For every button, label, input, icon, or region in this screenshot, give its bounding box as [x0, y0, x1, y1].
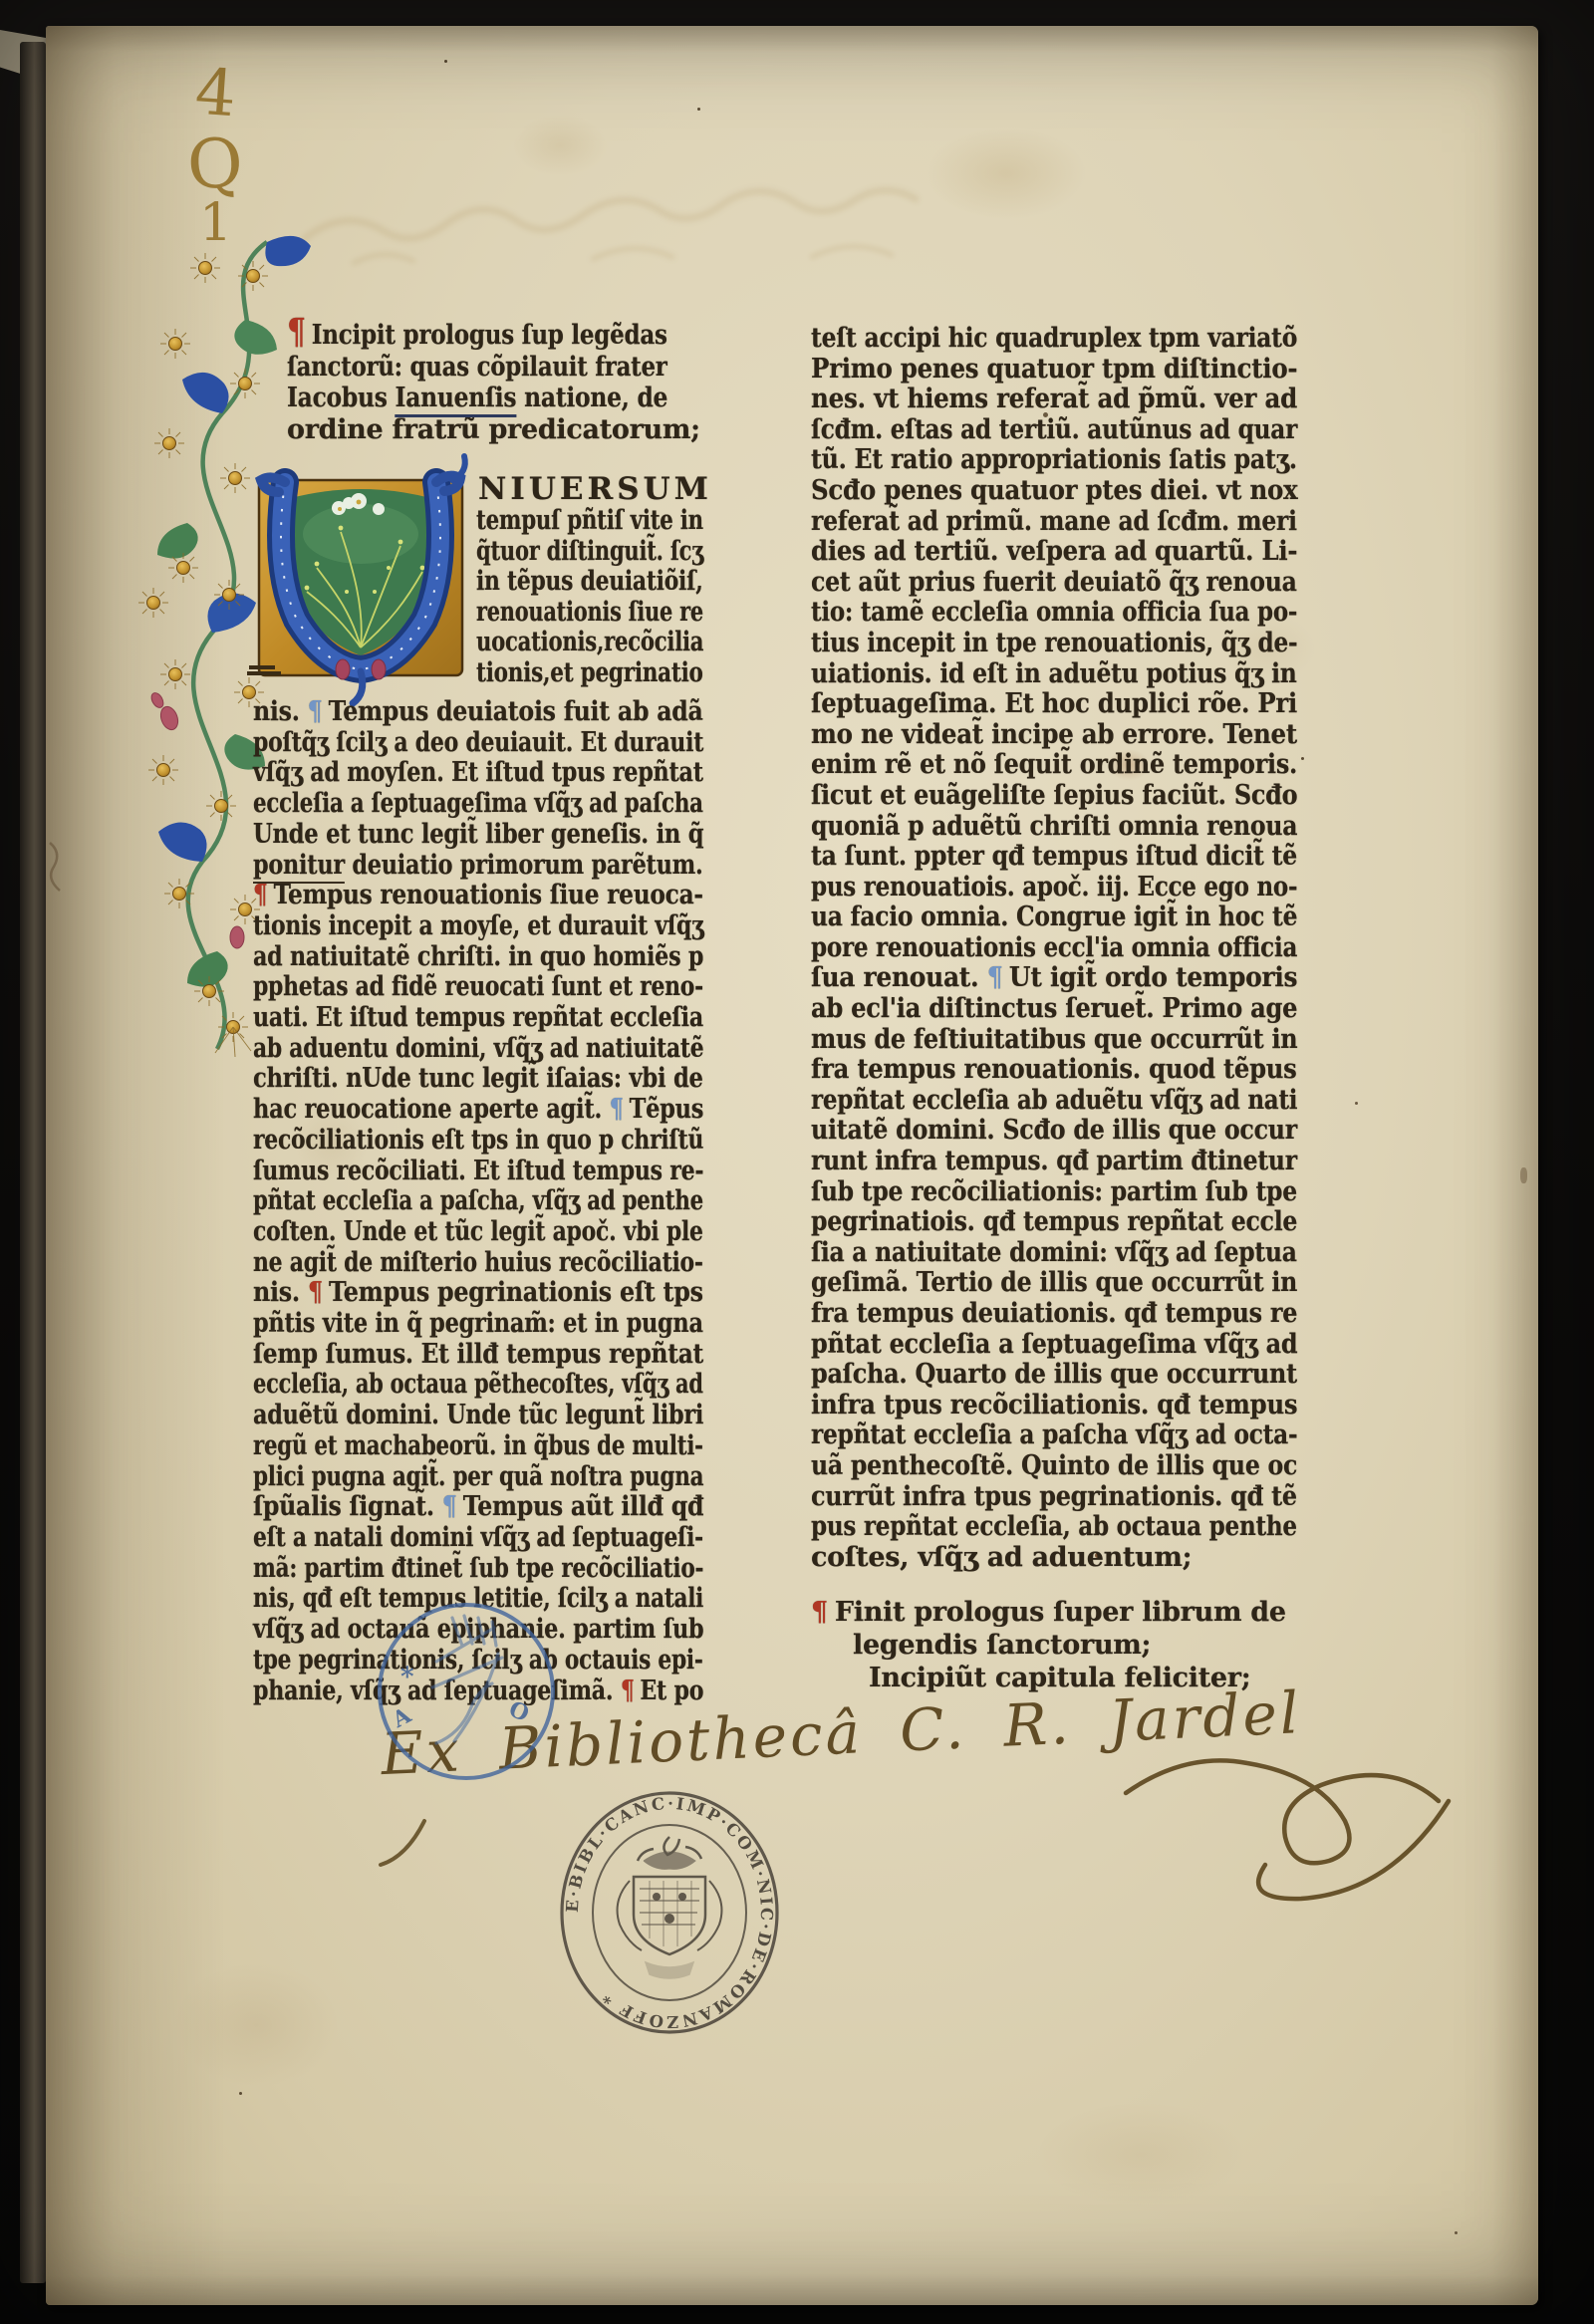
svg-text:*: *: [400, 1663, 414, 1692]
text-line: runt infra tempus. qđ partim đtinetur: [811, 1147, 1234, 1177]
text-line: ordine fratrũ predicatorum;: [287, 414, 667, 446]
text-line: mus de feſtiuitatibus que occurrũt in: [811, 1025, 1241, 1056]
blue-pilcrow: ¶: [442, 1491, 457, 1522]
text-line: infra tpus recõciliationis. qđ tempus: [811, 1391, 1249, 1421]
text-line: fra tempus renouationis. quod tẽpus: [811, 1055, 1248, 1086]
text-line: cet aũt prius fuerit deuiatõ q̃ʒ renoua: [811, 568, 1235, 599]
text-line: regũ et machabeorũ. in q̃bus de multi-: [253, 1431, 609, 1462]
text-line: ne agit̃ de miſterio huius recõciliatio-: [253, 1248, 619, 1279]
blue-pilcrow: ¶: [308, 696, 323, 727]
text-line: ab ecl'ia diſtinctus ſeruet̃. Primo age: [811, 994, 1246, 1025]
text-line: repñtat eccleſia a paſcha vſq̃ʒ ad octa-: [811, 1420, 1230, 1451]
erased-inscription: [284, 177, 981, 277]
text-line: ¶Finit prologus ſuper librum de: [811, 1596, 1249, 1629]
incipit-block: ¶Incipit prologus ſup legẽdasſanctorũ: q…: [287, 317, 667, 446]
text-line: renouationis ſiue re: [476, 598, 652, 629]
text-line: ſcđm. eſtas ad tertiũ. autũnus ad quar: [811, 415, 1230, 446]
text-line: chriſti. nUde tunc legit̃ iſaias: vbi de: [253, 1064, 631, 1095]
text-line: ſemp ſumus. Et illđ tempus repñtat: [253, 1340, 642, 1371]
text-line: currũt infra tpus pegrinationis. qđ tẽ: [811, 1482, 1241, 1513]
text-line: poſtq̃ʒ ſcilʒ a deo deuiauit. Et durauit: [253, 728, 619, 759]
text-line: ¶Incipit prologus ſup legẽdas: [287, 317, 612, 352]
text-line: tũ. Et ratio appropriationis ſatis patʒ.: [811, 445, 1237, 476]
text-line: coſtes, vſq̃ʒ ad aduentum;: [811, 1543, 1297, 1574]
svg-text:О: О: [505, 1696, 533, 1728]
text-line: plici pugna agit̃. per quã noſtra pugna: [253, 1462, 612, 1493]
romanzoff-oval-stamp: E·BIBL·CANC·IMP·COM·NIC·DE·ROMANZOFF *: [550, 1785, 789, 2046]
right-column: teſt accipi hic quadruplex tpm variatõPr…: [811, 324, 1297, 1573]
text-line: vſq̃ʒ ad moyſen. Et iſtud tpus repñtat: [253, 758, 625, 789]
initial-wrap-text: tempuſ pñtiſ vite inq̃tuor diſtinguit̃. …: [476, 506, 703, 688]
text-line: ponitur deuiatio primorum parẽtum.: [253, 851, 626, 882]
text-line: ad natiuitatẽ chriſti. in quo homiẽs p: [253, 942, 624, 973]
text-line: tio: tamẽ eccleſia omnia officia ſua po-: [811, 598, 1224, 629]
text-line: uitatẽ domini. Scđo de illis que occur: [811, 1116, 1238, 1147]
blue-pilcrow: ¶: [610, 1094, 624, 1125]
page-edges: [20, 42, 46, 2283]
text-line: tionis incepit a moyſe, et durauit vſq̃ʒ: [253, 911, 619, 942]
text-line: pñtat eccleſia a paſcha, vſq̃ʒ ad penthe: [253, 1186, 608, 1217]
red-pilcrow: ¶: [811, 1597, 828, 1628]
text-line: referat̃ ad primũ. mane ad ſcđm. meri: [811, 507, 1233, 538]
text-line: pus repñtat eccleſia, ab octaua penthe: [811, 1512, 1226, 1543]
text-line: geſimã. Tertio de illis que occurrũt in: [811, 1268, 1237, 1299]
text-line: pegrinatiois. qđ tempus repñtat eccle: [811, 1207, 1236, 1238]
paper-specks: [444, 60, 447, 63]
round-library-stamp: * А О: [367, 1592, 571, 1796]
text-line: ab aduentu domini, vſq̃ʒ ad natiuitatẽ: [253, 1034, 617, 1065]
text-line: eccleſia a ſeptuageſima vſq̃ʒ ad paſcha: [253, 789, 610, 820]
text-line: dies ad tertiũ. veſpera ad quartũ. Li-: [811, 537, 1251, 568]
folio-mark: 4: [193, 61, 238, 128]
margin-mark: [1520, 1167, 1527, 1183]
text-line: pus renouatiois. apoč. iij. Ecce ego no-: [811, 873, 1225, 904]
text-line: ſub tpe recõciliationis: partim ſub tpe: [811, 1177, 1234, 1208]
text-line: uocationis,recõcilia: [476, 628, 655, 658]
red-pilcrow: ¶: [308, 1277, 323, 1308]
text-line: legendis ſanctorum;: [811, 1629, 1249, 1662]
text-line: ſua renouat. ¶Ut igit̃ ordo temporis: [811, 963, 1259, 994]
text-line: nes. vt hiems referat̃ ad p̃mũ. ver ad: [811, 385, 1253, 415]
text-line: repñtat eccleſia ab aduẽtu vſq̃ʒ ad nati: [811, 1086, 1225, 1117]
text-line: recõciliationis eſt tps in quo p chriſtũ: [253, 1126, 618, 1157]
text-line: Scđo penes quatuor ptes diei. vt nox: [811, 476, 1252, 507]
text-line: uiationis. id eſt in aduẽtu potius q̃ʒ i…: [811, 659, 1234, 690]
text-line: pphetas ad fidẽ reuocati ſunt et reno-: [253, 972, 618, 1003]
text-line: aduẽtũ domini. Unde tũc legunt̃ libri: [253, 1401, 626, 1431]
illuminated-initial-u: [255, 472, 472, 703]
text-line: enim rẽ et nõ ſequit̃ ordinẽ temporis.: [811, 750, 1240, 781]
text-line: ſanctorũ: quas cõpilauit frater: [287, 352, 610, 384]
text-line: quoniã p aduẽtũ chriſti omnia renoua: [811, 812, 1235, 843]
text-line: q̃tuor diſtinguit̃. ſcʒ: [476, 537, 653, 568]
text-line: tempuſ pñtiſ vite in: [476, 506, 656, 537]
text-line: pñtat eccleſia a ſeptuageſima vſq̃ʒ ad: [811, 1330, 1242, 1361]
left-column: nis. ¶Tempus deuiatois fuit ab adãpoſtq̃…: [253, 697, 703, 1706]
text-line: uati. Et iſtud tempus repñtat eccleſia: [253, 1003, 622, 1034]
drop-cap-line: NIUERSUM: [478, 474, 709, 505]
text-line: ſicut et euãgeliſte ſepius faciũt. Scđo: [811, 781, 1242, 812]
svg-text:А: А: [388, 1702, 415, 1733]
text-line: tius incepit in tpe renouationis, q̃ʒ de…: [811, 629, 1228, 659]
text-line: pore renouationis eccl'ia omnia officia: [811, 933, 1225, 964]
text-line: paſcha. Quarto de illis que occurrunt: [811, 1360, 1241, 1391]
text-line: ſeptuageſima. Et hoc duplici rõe. Pri: [811, 689, 1248, 720]
text-line: Iacobus Ianuenſis natione, de: [287, 383, 617, 414]
red-pilcrow: ¶: [287, 312, 306, 353]
text-line: mã: partim đtinet̃ ſub tpe recõciliatio-: [253, 1554, 614, 1585]
text-line: pñtis vite in q̃ pegrinam̃: et in pugna: [253, 1309, 627, 1340]
photographed-book-page: 4 Q 1: [0, 0, 1594, 2324]
text-line: nis. ¶Tempus pegrinationis eſt tps: [253, 1278, 650, 1309]
folio-mark: Q: [185, 130, 244, 201]
text-line: coſten. Unde et tũc legit̃ apoč. vbi ple: [253, 1217, 619, 1248]
blue-pilcrow: ¶: [987, 962, 1003, 993]
text-line: in tẽpus deuiatiõiſ,: [476, 567, 660, 598]
text-line: ta ſunt. ppter qđ tempus iſtud dicit̃ tẽ: [811, 842, 1235, 873]
text-line: teſt accipi hic quadruplex tpm variatõ: [811, 324, 1233, 355]
text-line: ua facio omnia. Congrue igit̃ in hoc tẽ: [811, 903, 1232, 933]
text-line: hac reuocatione aperte agit̃. ¶Tẽpus: [253, 1095, 629, 1126]
text-line: ſumus recõciliati. Et iſtud tempus re-: [253, 1157, 621, 1187]
margin-squiggle: [42, 837, 72, 897]
text-line: mo ne videat̃ incipe ab errore. Tenet: [811, 720, 1252, 751]
red-pilcrow: ¶: [253, 880, 268, 910]
text-line: ſia a natiuitate domini: vſq̃ʒ ad ſeptua: [811, 1238, 1233, 1269]
text-line: uã penthecoſtẽ. Quinto de illis que oc: [811, 1451, 1236, 1482]
text-line: Unde et tunc legit̃ liber geneſis. in q̃: [253, 820, 631, 851]
text-line: nis. ¶Tempus deuiatois fuit ab adã: [253, 697, 648, 728]
text-line: eſt a natali domini vſq̃ʒ ad ſeptuageſi-: [253, 1523, 616, 1554]
text-line: eccleſia, ab octaua pẽthecoſtes, vſq̃ʒ a…: [253, 1370, 602, 1401]
text-line: Primo penes quatuor tpm diſtinctio-: [811, 355, 1252, 386]
text-line: fra tempus deuiationis. qđ tempus re: [811, 1299, 1241, 1330]
text-line: ſpũalis ſignat̃. ¶Tempus aũt illđ qđ: [253, 1492, 647, 1523]
explicit-block: ¶Finit prologus ſuper librum delegendis …: [811, 1596, 1249, 1694]
text-line: tionis,et pegrinatio: [476, 658, 658, 689]
text-line: ¶Tempus renouationis ſiue reuoca-: [253, 881, 642, 911]
